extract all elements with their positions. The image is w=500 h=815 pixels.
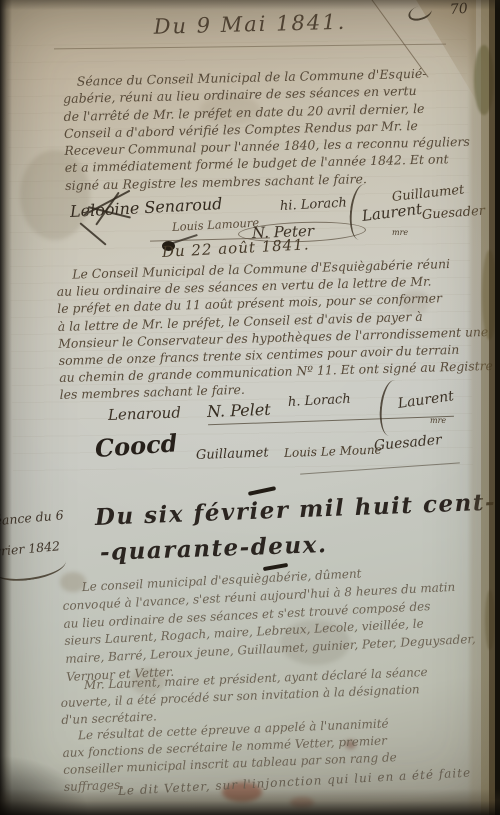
signature: N. Pelet bbox=[207, 400, 271, 421]
signature: Coocd bbox=[94, 428, 178, 463]
entry1-body: Séance du Conseil Municipal de la Commun… bbox=[63, 64, 478, 194]
heading-dash bbox=[248, 486, 276, 496]
entry2-body: Le Conseil Municipal de la Commune d'Esq… bbox=[56, 254, 478, 403]
entry1-heading: Du 9 Mai 1841. bbox=[70, 8, 431, 41]
signature: Lenaroud bbox=[108, 403, 181, 424]
book-edge-left bbox=[0, 0, 12, 815]
page-edge-top bbox=[0, 0, 500, 10]
book-edge-right bbox=[466, 0, 500, 815]
manuscript-page: 70 Du 9 Mai 1841. Séance du Conseil Muni… bbox=[0, 0, 500, 815]
signature-suffix: mre bbox=[392, 228, 408, 237]
signature: Guillaumet bbox=[196, 445, 269, 463]
entry3-heading-line1: Du six février mil huit cent- bbox=[94, 489, 496, 531]
shadow-corner bbox=[0, 755, 90, 815]
entry3-heading-line2: -quarante-deux. bbox=[100, 531, 328, 566]
signature-suffix: mre bbox=[430, 416, 446, 425]
